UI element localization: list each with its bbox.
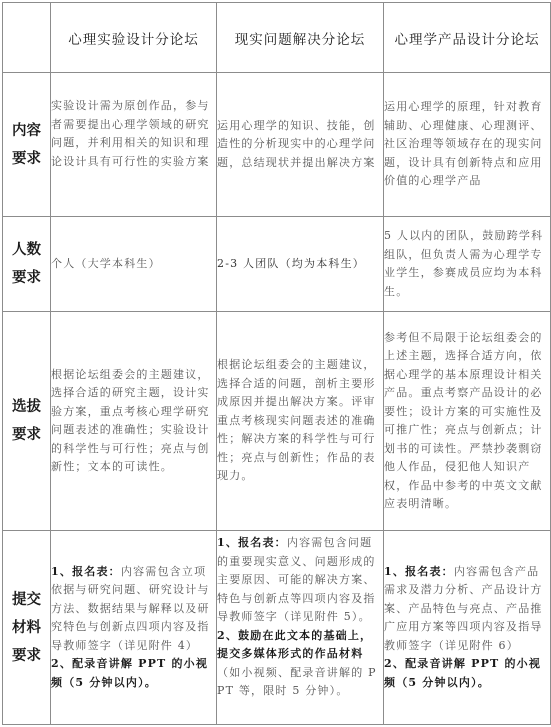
submission-item-2: 2、鼓励在此文本的基础上，提交多媒体形式的作品材料（如小视频、配录音讲解的 PP… [217, 627, 383, 701]
row-label-line: 要求 [3, 145, 50, 173]
header-corner-cell [3, 3, 51, 73]
content-product-cell: 运用心理学的原理，针对教育辅助、心理健康、心理测评、社区治理等领域存在的现实问题… [384, 73, 551, 217]
item-number: 2、 [384, 657, 405, 670]
header-product-design-forum: 心理学产品设计分论坛 [384, 3, 551, 73]
item-heading: 报名表： [405, 565, 454, 578]
row-label-team-requirements: 人数 要求 [3, 217, 51, 312]
row-label-line: 选拔 [3, 393, 50, 421]
item-heading: 配录音讲解 PPT 的小视频（5 分钟以内）。 [384, 657, 541, 689]
content-experiment-cell: 实验设计需为原创作品，参与者需要提出心理学领域的研究问题，并利用相关的知识和理论… [51, 73, 217, 217]
team-experiment-cell: 个人（大学本科生） [51, 217, 217, 312]
item-heading: 报名表： [72, 565, 121, 578]
item-number: 2、 [51, 657, 72, 670]
submission-experiment-cell: 1、报名表：内容需包含立项依据与研究问题、研究设计与方法、数据结果与解释以及研究… [51, 531, 217, 725]
item-number: 1、 [217, 536, 238, 549]
selection-realproblem-cell: 根据论坛组委会的主题建议，选择合适的问题，剖析主要形成原因并提出解决方案。评审重… [217, 312, 384, 531]
submission-item-1: 1、报名表：内容需包含问题的重要现实意义、问题形成的主要原因、可能的解决方案、特… [217, 534, 383, 627]
table-row-team-requirements: 人数 要求 个人（大学本科生） 2-3 人团队（均为本科生） 5 人以内的团队，… [3, 217, 551, 312]
content-realproblem-cell: 运用心理学的知识、技能，创造性的分析现实中的心理学问题，总结现状并提出解决方案 [217, 73, 384, 217]
table-row-content-requirements: 内容 要求 实验设计需为原创作品，参与者需要提出心理学领域的研究问题，并利用相关… [3, 73, 551, 217]
row-label-line: 提交 [3, 586, 50, 614]
item-number: 2、 [217, 629, 238, 642]
row-label-submission-requirements: 提交 材料 要求 [3, 531, 51, 725]
row-label-selection-requirements: 选拔 要求 [3, 312, 51, 531]
item-heading: 配录音讲解 PPT 的小视频（5 分钟以内）。 [51, 657, 208, 689]
item-number: 1、 [384, 565, 405, 578]
row-label-line: 内容 [3, 117, 50, 145]
header-row: 心理实验设计分论坛 现实问题解决分论坛 心理学产品设计分论坛 [3, 3, 551, 73]
selection-product-cell: 参考但不局限于论坛组委会的上述主题，选择合适方向，依据心理学的基本原理设计相关产… [384, 312, 551, 531]
forum-requirements-table: 心理实验设计分论坛 现实问题解决分论坛 心理学产品设计分论坛 内容 要求 实验设… [2, 2, 551, 725]
submission-item-1: 1、报名表：内容需包含立项依据与研究问题、研究设计与方法、数据结果与解释以及研究… [51, 563, 216, 656]
table-row-selection-requirements: 选拔 要求 根据论坛组委会的主题建议，选择合适的研究主题，设计实验方案，重点考核… [3, 312, 551, 531]
submission-item-2: 2、配录音讲解 PPT 的小视频（5 分钟以内）。 [384, 655, 550, 692]
row-label-line: 材料 [3, 614, 50, 642]
table-row-submission-requirements: 提交 材料 要求 1、报名表：内容需包含立项依据与研究问题、研究设计与方法、数据… [3, 531, 551, 725]
row-label-line: 人数 [3, 236, 50, 264]
item-number: 1、 [51, 565, 72, 578]
row-label-line: 要求 [3, 421, 50, 449]
submission-realproblem-cell: 1、报名表：内容需包含问题的重要现实意义、问题形成的主要原因、可能的解决方案、特… [217, 531, 384, 725]
team-product-cell: 5 人以内的团队，鼓励跨学科组队，但负责人需为心理学专业学生，参赛成员应均为本科… [384, 217, 551, 312]
submission-product-cell: 1、报名表：内容需包含产品需求及潜力分析、产品设计方案、产品特色与亮点、产品推广… [384, 531, 551, 725]
header-real-problem-forum: 现实问题解决分论坛 [217, 3, 384, 73]
row-label-line: 要求 [3, 264, 50, 292]
item-text: （如小视频、配录音讲解的 PPT 等，限时 5 分钟）。 [217, 666, 377, 698]
row-label-content-requirements: 内容 要求 [3, 73, 51, 217]
submission-item-2: 2、配录音讲解 PPT 的小视频（5 分钟以内）。 [51, 655, 216, 692]
header-experiment-design-forum: 心理实验设计分论坛 [51, 3, 217, 73]
submission-item-1: 1、报名表：内容需包含产品需求及潜力分析、产品设计方案、产品特色与亮点、产品推广… [384, 563, 550, 656]
item-heading: 报名表： [238, 536, 287, 549]
selection-experiment-cell: 根据论坛组委会的主题建议，选择合适的研究主题，设计实验方案，重点考核心理学研究问… [51, 312, 217, 531]
row-label-line: 要求 [3, 642, 50, 670]
item-heading: 鼓励在此文本的基础上，提交多媒体形式的作品材料 [217, 629, 372, 661]
team-realproblem-cell: 2-3 人团队（均为本科生） [217, 217, 384, 312]
item-text: 内容需包含问题的重要现实意义、问题形成的主要原因、可能的解决方案、特色与创新点等… [217, 536, 376, 623]
